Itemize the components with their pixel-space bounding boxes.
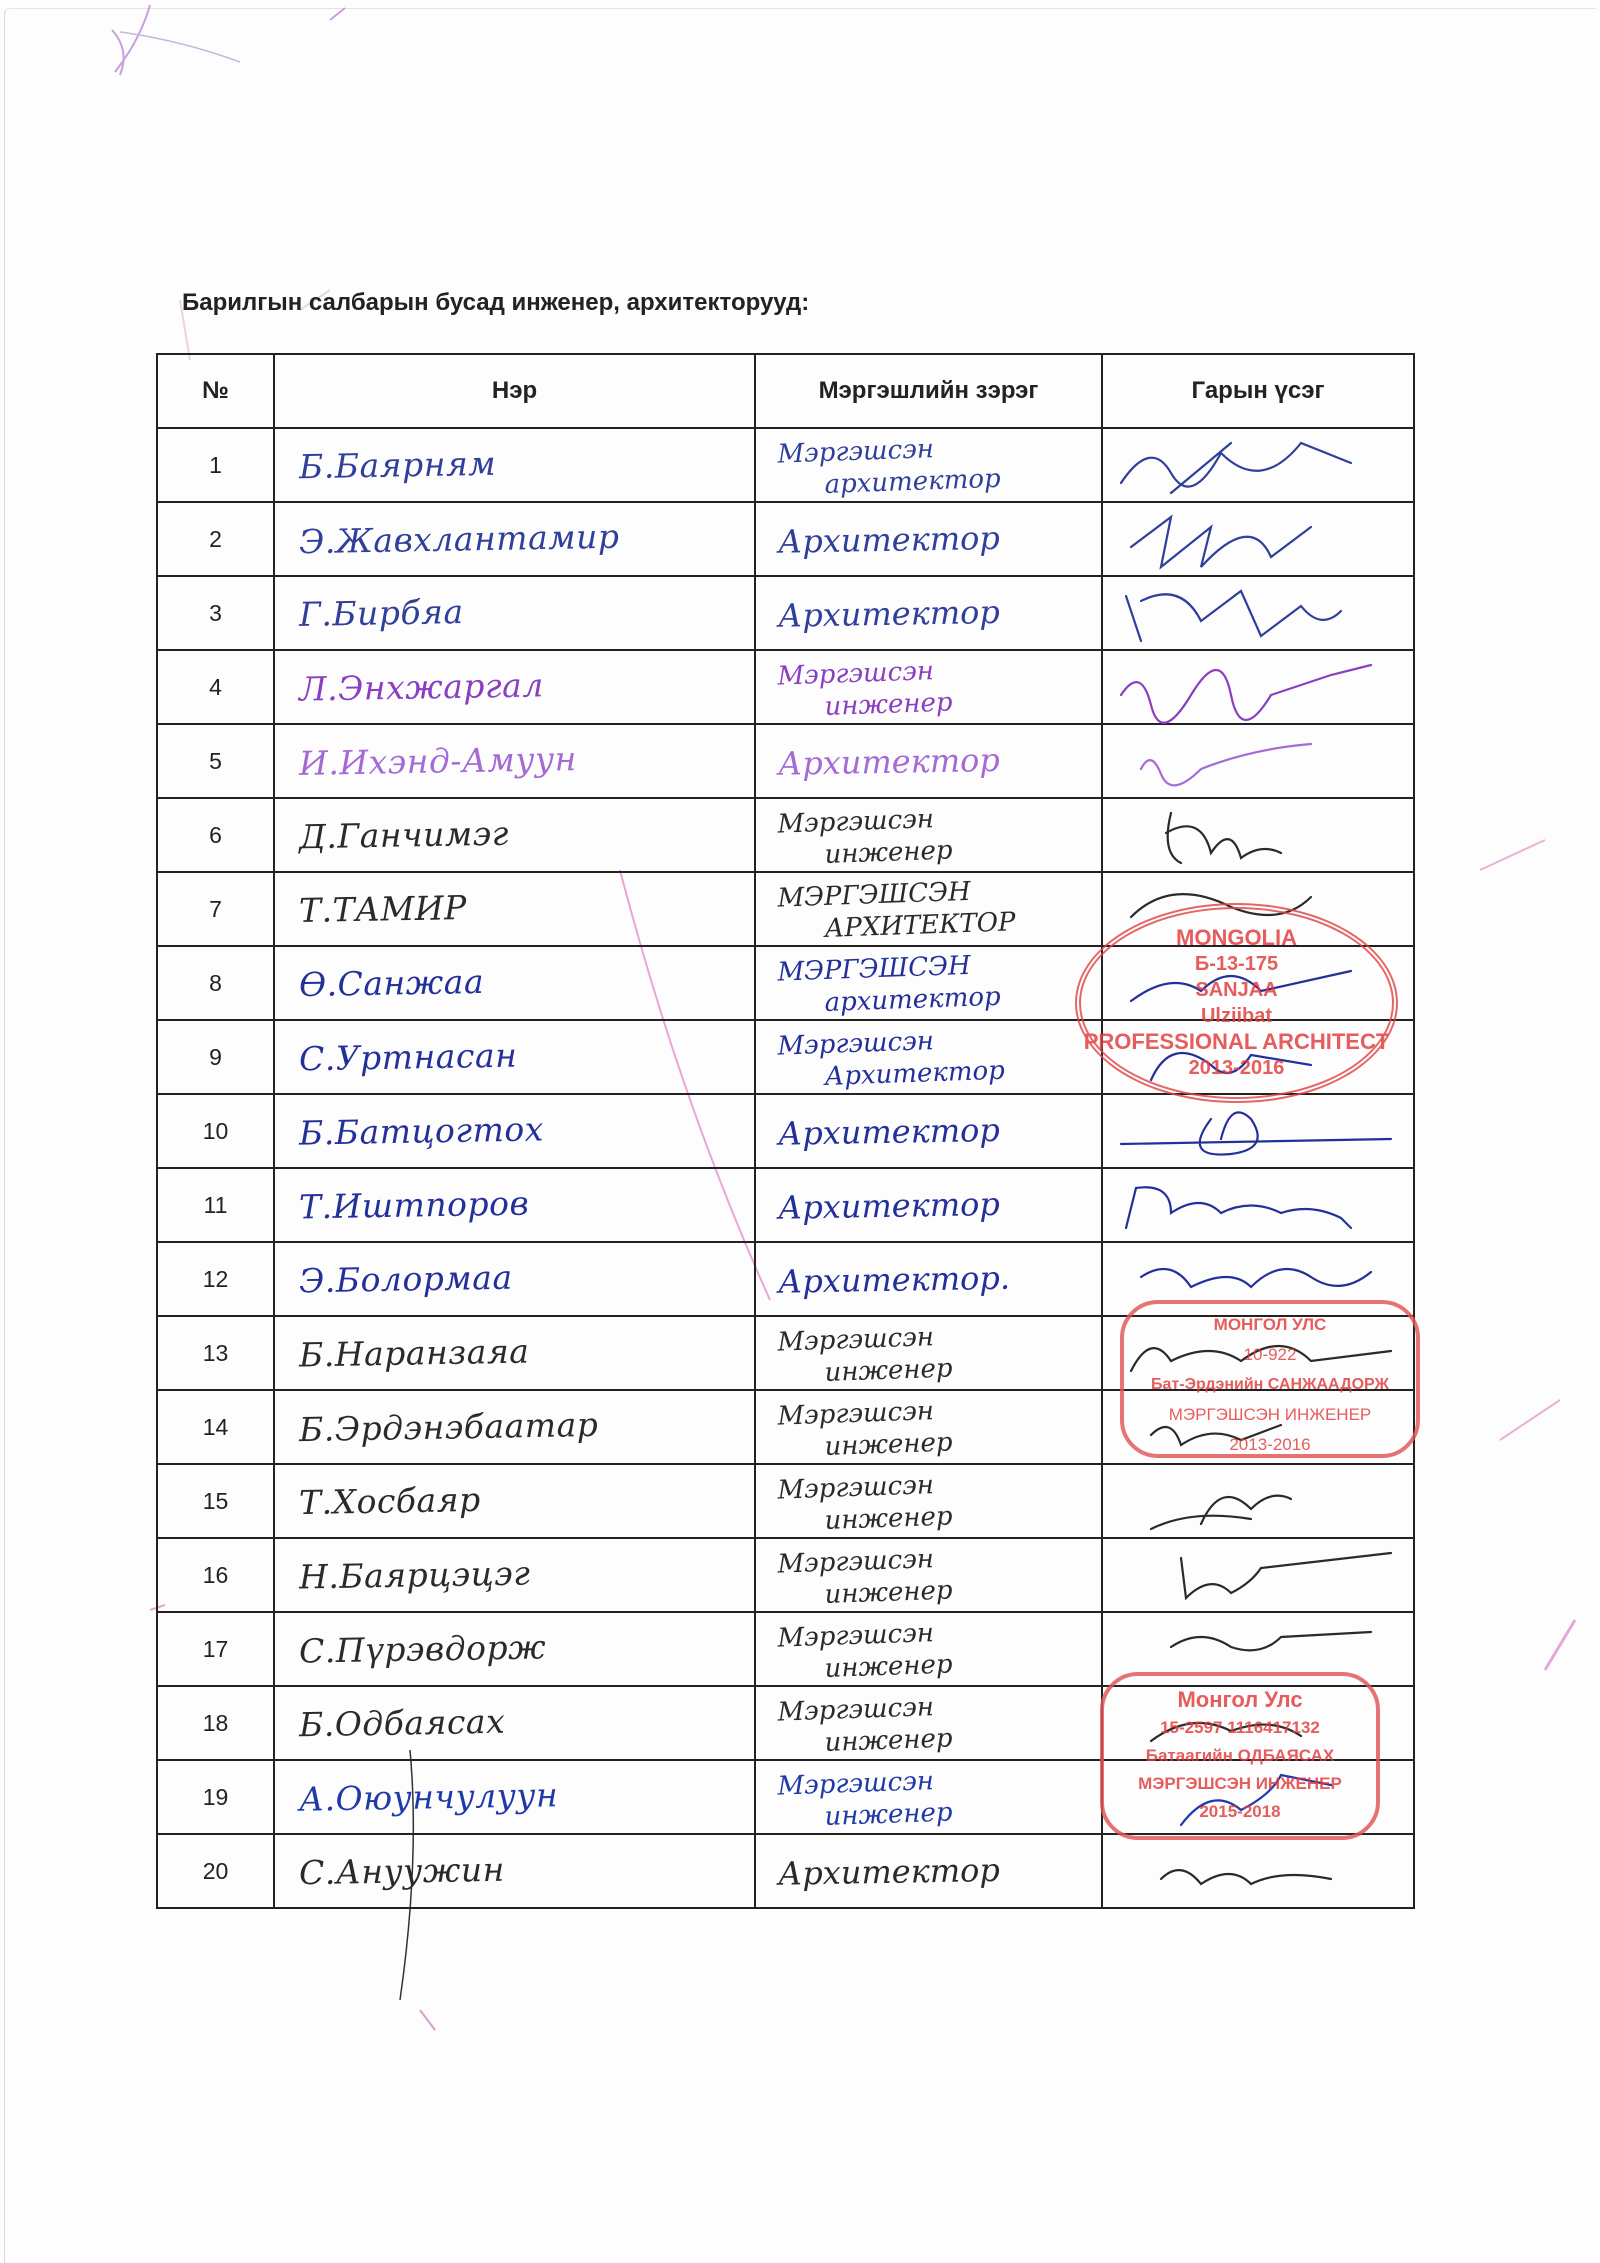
- signature-cell: [1102, 1168, 1414, 1242]
- qualification-cell: Архитектор: [755, 1834, 1102, 1908]
- handwritten-qualification: Мэргэшсэнинженер: [777, 1685, 1098, 1760]
- signature-cell: [1102, 1242, 1414, 1316]
- signature-scribble: [1111, 1617, 1411, 1683]
- name-cell: Б.Батцогтох: [274, 1094, 755, 1168]
- signature-cell: [1102, 428, 1414, 502]
- handwritten-name: Б.Одбаясах: [299, 1702, 506, 1745]
- row-number: 4: [157, 650, 274, 724]
- name-cell: С.Уртнасан: [274, 1020, 755, 1094]
- signature-scribble: [1111, 581, 1411, 647]
- name-cell: Б.Одбаясах: [274, 1686, 755, 1760]
- qualification-line: Архитектор: [778, 1186, 1098, 1224]
- table-row: 6Д.ГанчимэгМэргэшсэнинженер: [157, 798, 1414, 872]
- handwritten-qualification: Архитектор.: [778, 1260, 1098, 1298]
- qualification-line: Архитектор: [778, 1852, 1098, 1890]
- qualification-cell: Мэргэшсэнинженер: [755, 1538, 1102, 1612]
- table-row: 4Л.ЭнхжаргалМэргэшсэнинженер: [157, 650, 1414, 724]
- qualification-cell: Архитектор.: [755, 1242, 1102, 1316]
- table-row: 20С.АнуужинАрхитектор: [157, 1834, 1414, 1908]
- signature-scribble: [1111, 1839, 1411, 1905]
- handwritten-name: Э.Жавхлантамир: [299, 517, 620, 562]
- signature-cell: [1102, 1464, 1414, 1538]
- qualification-cell: Архитектор: [755, 502, 1102, 576]
- handwritten-qualification: МэргэшсэнАрхитектор: [777, 1019, 1098, 1094]
- qualification-cell: Мэргэшсэнинженер: [755, 1760, 1102, 1834]
- name-cell: Б.Баярням: [274, 428, 755, 502]
- handwritten-name: Н.Баярцэцэг: [299, 1553, 531, 1596]
- qualification-cell: МЭРГЭШСЭНархитектор: [755, 946, 1102, 1020]
- signature-scribble: [1111, 507, 1411, 573]
- qualification-cell: Мэргэшсэнинженер: [755, 1686, 1102, 1760]
- table-row: 15Т.ХосбаярМэргэшсэнинженер: [157, 1464, 1414, 1538]
- table-row: 5И.Ихэнд-АмуунАрхитектор: [157, 724, 1414, 798]
- handwritten-name: С.Уртнасан: [299, 1036, 518, 1079]
- table-row: 11Т.ИштпоровАрхитектор: [157, 1168, 1414, 1242]
- qualification-cell: Мэргэшсэнинженер: [755, 1316, 1102, 1390]
- col-header-number: №: [157, 354, 274, 428]
- signature-cell: [1102, 1390, 1414, 1464]
- signature-scribble: [1111, 1247, 1411, 1313]
- row-number: 19: [157, 1760, 274, 1834]
- signature-scribble: [1111, 1543, 1411, 1609]
- name-cell: Б.Наранзаяа: [274, 1316, 755, 1390]
- handwritten-qualification: Архитектор: [778, 1112, 1098, 1150]
- qualification-cell: Мэргэшсэнинженер: [755, 1390, 1102, 1464]
- signature-cell: [1102, 1686, 1414, 1760]
- handwritten-qualification: Архитектор: [778, 520, 1098, 558]
- signature-scribble: [1111, 1321, 1411, 1387]
- handwritten-name: С.Пүрэвдорж: [299, 1627, 547, 1670]
- signature-cell: [1102, 872, 1414, 946]
- signature-scribble: [1111, 951, 1411, 1017]
- qualification-cell: Мэргэшсэнинженер: [755, 1464, 1102, 1538]
- handwritten-name: Б.Батцогтох: [299, 1109, 544, 1152]
- row-number: 9: [157, 1020, 274, 1094]
- name-cell: Т.ТАМИР: [274, 872, 755, 946]
- handwritten-qualification: МЭРГЭШСЭНАРХИТЕКТОР: [777, 871, 1098, 946]
- signature-cell: [1102, 650, 1414, 724]
- table-row: 17С.ПүрэвдоржМэргэшсэнинженер: [157, 1612, 1414, 1686]
- row-number: 7: [157, 872, 274, 946]
- handwritten-qualification: Мэргэшсэнинженер: [777, 649, 1098, 724]
- qualification-cell: Мэргэшсэнархитектор: [755, 428, 1102, 502]
- signature-scribble: [1111, 803, 1411, 869]
- signature-cell: [1102, 502, 1414, 576]
- qualification-cell: МэргэшсэнАрхитектор: [755, 1020, 1102, 1094]
- col-header-qualification: Мэргэшлийн зэрэг: [755, 354, 1102, 428]
- handwritten-name: Э.Болормаа: [299, 1258, 513, 1301]
- handwritten-qualification: Мэргэшсэнинженер: [777, 1463, 1098, 1538]
- qualification-cell: МЭРГЭШСЭНАРХИТЕКТОР: [755, 872, 1102, 946]
- table-row: 7Т.ТАМИРМЭРГЭШСЭНАРХИТЕКТОР: [157, 872, 1414, 946]
- row-number: 6: [157, 798, 274, 872]
- table-row: 12Э.БолормааАрхитектор.: [157, 1242, 1414, 1316]
- signature-cell: [1102, 1316, 1414, 1390]
- table-row: 14Б.ЭрдэнэбаатарМэргэшсэнинженер: [157, 1390, 1414, 1464]
- row-number: 17: [157, 1612, 274, 1686]
- name-cell: С.Ануужин: [274, 1834, 755, 1908]
- name-cell: И.Ихэнд-Амуун: [274, 724, 755, 798]
- name-cell: А.Оюунчулуун: [274, 1760, 755, 1834]
- signature-cell: [1102, 798, 1414, 872]
- qualification-line: Архитектор: [778, 1112, 1098, 1150]
- handwritten-qualification: Архитектор: [778, 1852, 1098, 1890]
- row-number: 2: [157, 502, 274, 576]
- handwritten-name: Ө.Санжаа: [299, 962, 485, 1004]
- name-cell: Т.Иштпоров: [274, 1168, 755, 1242]
- row-number: 10: [157, 1094, 274, 1168]
- qualification-cell: Архитектор: [755, 1094, 1102, 1168]
- qualification-line: Архитектор: [778, 594, 1098, 632]
- signature-cell: [1102, 1094, 1414, 1168]
- row-number: 1: [157, 428, 274, 502]
- signature-cell: [1102, 1834, 1414, 1908]
- handwritten-qualification: Архитектор: [778, 594, 1098, 632]
- handwritten-name: Л.Энхжаргал: [299, 665, 544, 708]
- signature-cell: [1102, 1538, 1414, 1612]
- handwritten-name: Б.Эрдэнэбаатар: [299, 1405, 599, 1449]
- name-cell: Г.Бирбяа: [274, 576, 755, 650]
- row-number: 11: [157, 1168, 274, 1242]
- signature-scribble: [1111, 433, 1411, 499]
- name-cell: Э.Жавхлантамир: [274, 502, 755, 576]
- row-number: 12: [157, 1242, 274, 1316]
- handwritten-name: Б.Наранзаяа: [299, 1331, 530, 1374]
- qualification-cell: Мэргэшсэнинженер: [755, 798, 1102, 872]
- handwritten-qualification: Архитектор: [778, 1186, 1098, 1224]
- handwritten-name: Б.Баярням: [299, 444, 497, 486]
- col-header-name: Нэр: [274, 354, 755, 428]
- row-number: 13: [157, 1316, 274, 1390]
- handwritten-name: Т.ТАМИР: [299, 888, 467, 930]
- handwritten-name: Т.Хосбаяр: [299, 1480, 481, 1522]
- name-cell: Ө.Санжаа: [274, 946, 755, 1020]
- handwritten-qualification: Мэргэшсэнархитектор: [777, 427, 1098, 502]
- name-cell: Н.Баярцэцэг: [274, 1538, 755, 1612]
- signature-scribble: [1111, 1469, 1411, 1535]
- qualification-line: Архитектор.: [778, 1260, 1098, 1298]
- qualification-cell: Мэргэшсэнинженер: [755, 650, 1102, 724]
- name-cell: С.Пүрэвдорж: [274, 1612, 755, 1686]
- handwritten-name: Т.Иштпоров: [299, 1183, 530, 1226]
- name-cell: Д.Ганчимэг: [274, 798, 755, 872]
- row-number: 20: [157, 1834, 274, 1908]
- signature-cell: [1102, 946, 1414, 1020]
- signatories-table: № Нэр Мэргэшлийн зэрэг Гарын үсэг 1Б.Бая…: [156, 353, 1415, 1909]
- table-row: 13Б.НаранзаяаМэргэшсэнинженер: [157, 1316, 1414, 1390]
- qualification-cell: Архитектор: [755, 1168, 1102, 1242]
- col-header-signature: Гарын үсэг: [1102, 354, 1414, 428]
- row-number: 5: [157, 724, 274, 798]
- signature-cell: [1102, 576, 1414, 650]
- signature-cell: [1102, 724, 1414, 798]
- handwritten-qualification: Мэргэшсэнинженер: [777, 1389, 1098, 1464]
- table-row: 10Б.БатцогтохАрхитектор: [157, 1094, 1414, 1168]
- table-row: 16Н.БаярцэцэгМэргэшсэнинженер: [157, 1538, 1414, 1612]
- qualification-cell: Архитектор: [755, 724, 1102, 798]
- signature-scribble: [1111, 877, 1411, 943]
- qualification-line: Архитектор: [778, 520, 1098, 558]
- name-cell: Э.Болормаа: [274, 1242, 755, 1316]
- row-number: 14: [157, 1390, 274, 1464]
- handwritten-qualification: Мэргэшсэнинженер: [777, 1611, 1098, 1686]
- qualification-cell: Мэргэшсэнинженер: [755, 1612, 1102, 1686]
- handwritten-qualification: Мэргэшсэнинженер: [777, 1315, 1098, 1390]
- handwritten-qualification: Мэргэшсэнинженер: [777, 1759, 1098, 1834]
- signature-scribble: [1111, 1099, 1411, 1165]
- handwritten-qualification: МЭРГЭШСЭНархитектор: [777, 945, 1098, 1020]
- table-row: 8Ө.СанжааМЭРГЭШСЭНархитектор: [157, 946, 1414, 1020]
- handwritten-qualification: Мэргэшсэнинженер: [777, 797, 1098, 872]
- name-cell: Л.Энхжаргал: [274, 650, 755, 724]
- handwritten-name: А.Оюунчулуун: [299, 1775, 559, 1819]
- handwritten-name: Д.Ганчимэг: [299, 814, 510, 857]
- signature-scribble: [1111, 655, 1411, 721]
- signature-scribble: [1111, 1025, 1411, 1091]
- handwritten-qualification: Мэргэшсэнинженер: [777, 1537, 1098, 1612]
- table-header-row: № Нэр Мэргэшлийн зэрэг Гарын үсэг: [157, 354, 1414, 428]
- handwritten-qualification: Архитектор: [778, 742, 1098, 780]
- row-number: 16: [157, 1538, 274, 1612]
- signature-scribble: [1111, 1395, 1411, 1461]
- handwritten-name: Г.Бирбяа: [299, 592, 464, 634]
- document-heading: Барилгын салбарын бусад инженер, архитек…: [182, 289, 809, 317]
- table-row: 19А.ОюунчулуунМэргэшсэнинженер: [157, 1760, 1414, 1834]
- handwritten-name: С.Ануужин: [299, 1850, 505, 1893]
- qualification-cell: Архитектор: [755, 576, 1102, 650]
- table-row: 9С.УртнасанМэргэшсэнАрхитектор: [157, 1020, 1414, 1094]
- table-row: 3Г.БирбяаАрхитектор: [157, 576, 1414, 650]
- signature-scribble: [1111, 1173, 1411, 1239]
- signature-scribble: [1111, 1691, 1411, 1757]
- table-row: 1Б.БаярнямМэргэшсэнархитектор: [157, 428, 1414, 502]
- row-number: 8: [157, 946, 274, 1020]
- qualification-line: Архитектор: [778, 742, 1098, 780]
- row-number: 15: [157, 1464, 274, 1538]
- handwritten-name: И.Ихэнд-Амуун: [299, 739, 577, 783]
- row-number: 3: [157, 576, 274, 650]
- table-row: 18Б.ОдбаясахМэргэшсэнинженер: [157, 1686, 1414, 1760]
- table-row: 2Э.ЖавхлантамирАрхитектор: [157, 502, 1414, 576]
- signature-cell: [1102, 1612, 1414, 1686]
- signature-cell: [1102, 1760, 1414, 1834]
- signature-cell: [1102, 1020, 1414, 1094]
- signature-scribble: [1111, 729, 1411, 795]
- name-cell: Б.Эрдэнэбаатар: [274, 1390, 755, 1464]
- name-cell: Т.Хосбаяр: [274, 1464, 755, 1538]
- row-number: 18: [157, 1686, 274, 1760]
- signature-scribble: [1111, 1765, 1411, 1831]
